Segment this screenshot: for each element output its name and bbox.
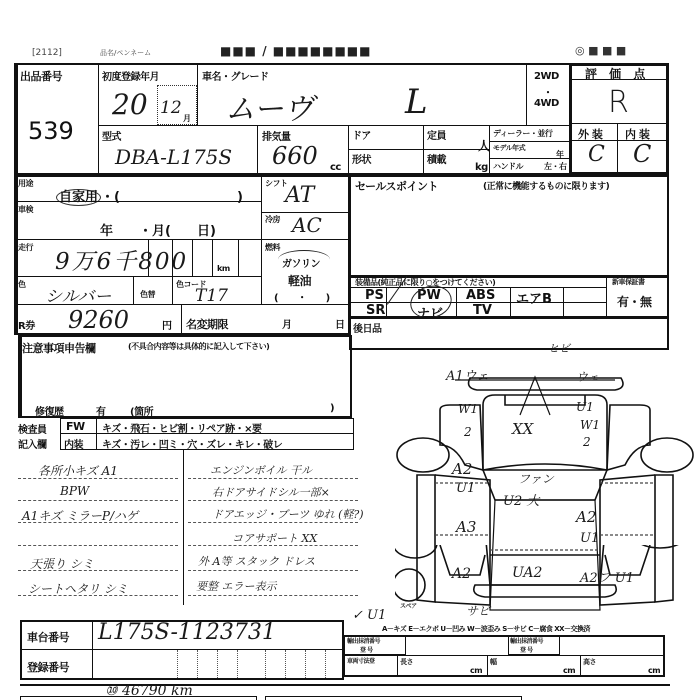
repair-label: 修復歴 <box>35 403 64 418</box>
door-label: ドア <box>352 127 371 142</box>
model-value: DBA-L175S <box>115 145 232 169</box>
comment-left-1: 各所小キズ A1 <box>38 462 118 479</box>
model-year-label: モデル年式 <box>493 143 525 153</box>
comment-left-5: 天張り シミ <box>30 555 94 572</box>
name-change-label: 名変期限 <box>186 316 228 332</box>
car-grade: L <box>405 82 428 122</box>
diagram-label: A2フ U1 <box>580 567 634 586</box>
car-name: ムーヴ <box>225 84 314 128</box>
equip-ps: PS <box>365 288 384 303</box>
name-change-month: 月 <box>282 316 292 331</box>
fuel-gasoline-circle <box>278 250 330 269</box>
width-unit: cm <box>563 666 575 675</box>
handwritten-check: ✓ U1 <box>352 608 386 623</box>
interior-grade: C <box>633 140 651 168</box>
lot-number: 539 <box>28 117 74 145</box>
drive-2wd: 2WD <box>534 71 559 82</box>
comment-left-2: BPW <box>60 484 89 498</box>
diagram-label: A2 <box>452 460 472 478</box>
load-unit: kg <box>475 162 488 173</box>
diagram-label: W1 <box>458 402 478 416</box>
diagram-label: 2 <box>583 435 591 449</box>
diagram-label: 2 <box>464 425 472 439</box>
footer-box-left <box>20 696 257 700</box>
comment-right-1: エンジンボイル 干ル <box>210 462 312 478</box>
width-label: 幅 <box>490 657 497 667</box>
color-label: 色 <box>18 279 26 290</box>
displacement-label: 排気量 <box>262 128 291 143</box>
mileage-unit: km <box>217 264 230 273</box>
equip-airbag: エアB <box>516 288 552 307</box>
recycle-unit: 円 <box>162 317 172 332</box>
handle-label: ハンドル <box>493 161 523 172</box>
comment-right-6: 要整 エラー表示 <box>196 578 277 594</box>
diagram-label: U1 <box>580 531 599 546</box>
later-items-label: 後日品 <box>353 320 382 335</box>
comment-right-3: ドアエッジ・ブーツ ゆれ (軽?) <box>212 506 364 522</box>
diagram-label: A2 <box>576 508 596 526</box>
equip-sr: SR <box>366 303 385 318</box>
length-label: 長さ <box>400 657 413 667</box>
diagram-label: A3 <box>456 518 476 536</box>
registration-year: 20 <box>112 88 148 121</box>
diagram-label: サビ <box>466 602 490 619</box>
recycle-value: 9260 <box>68 306 129 334</box>
carname-label: 車名・グレード <box>202 68 269 83</box>
sheet-code: [2112] <box>32 48 62 58</box>
car-rear-diagram <box>395 545 695 625</box>
footer-box-right <box>265 696 522 700</box>
diagram-label: ファン <box>518 470 554 487</box>
diagram-label: ヒビ <box>548 340 570 356</box>
export-plate-sub: 登 号 <box>360 645 373 654</box>
fuel-label: 燃料 <box>265 242 280 253</box>
repair-location: (箇所 <box>130 403 153 418</box>
diagram-label: ウェ <box>576 368 600 385</box>
dealer-label: ディーラー・並行 <box>493 128 552 139</box>
load-label: 積載 <box>427 151 446 166</box>
lot-label: 出品番号 <box>20 68 62 84</box>
diagram-label: UA2 <box>512 565 542 581</box>
repair-value: 有 <box>96 403 106 418</box>
height-unit: cm <box>648 666 660 675</box>
color-code: T17 <box>195 286 228 306</box>
comment-left-6: シートヘタリ シミ <box>28 580 128 597</box>
displacement-unit: cc <box>330 162 341 173</box>
chassis-value: L175S-1123731 <box>98 620 276 645</box>
diagram-label: A1ウェ <box>446 365 489 384</box>
repair-close: ) <box>330 403 334 414</box>
fw-label: FW <box>66 420 85 433</box>
height-label: 高さ <box>583 657 596 667</box>
model-label: 型式 <box>102 128 121 143</box>
month-unit: 月 <box>183 113 191 124</box>
recycle-label: R券 <box>18 317 35 332</box>
ac-value: AC <box>292 213 322 237</box>
spare-label: スペア <box>400 601 417 610</box>
diagram-label: U2 大 <box>503 490 539 509</box>
notes-note: (不具合内容等は具体的に記入して下さい) <box>128 341 269 352</box>
registration-month: 12 <box>160 98 182 118</box>
mileage-label: 走行 <box>18 242 33 253</box>
reg-label: 登録番号 <box>27 659 69 675</box>
diagram-label: U1 <box>576 400 594 414</box>
equip-tv: TV <box>473 303 492 318</box>
fuel-other: ( ・ ) <box>274 289 330 304</box>
diagram-label: W1 <box>580 418 600 432</box>
inspector-label-1: 検査員 <box>18 421 47 436</box>
sale-points-note: (正常に機能するものに限ります) <box>483 179 609 192</box>
handle-value: 左・右 <box>544 161 567 172</box>
export-plate-2-sub: 登 号 <box>520 645 533 654</box>
color-change-label: 色替 <box>140 289 155 300</box>
diagram-label: XX <box>512 420 533 438</box>
export-plate-label: 輸出抹消番号 <box>347 636 380 645</box>
inspection-label: 車検 <box>18 204 33 215</box>
comment-right-2: 右ドアサイドシル一部× <box>212 484 330 500</box>
shift-value: AT <box>285 183 314 208</box>
drive-4wd: 4WD <box>534 98 559 109</box>
later-items-box <box>349 317 669 350</box>
chassis-label: 車台番号 <box>27 629 69 645</box>
export-plate-2-label: 輸出抹消番号 <box>510 636 543 645</box>
interior-inspect-label: 内装 <box>64 436 83 451</box>
mileage-value: 9万6千800 <box>55 243 188 276</box>
capacity-label: 定員 <box>427 127 446 142</box>
displacement-value: 660 <box>272 142 318 170</box>
notes-label: 注意事項申告欄 <box>22 340 96 356</box>
header-small-print: 品名/ペンネーム <box>100 48 151 58</box>
comments-divider <box>183 450 184 605</box>
dims-label: 車両寸法登 <box>347 656 375 665</box>
header-right: ◎ ■ ■ ■ <box>575 44 626 57</box>
usage-label: 用途 <box>18 178 33 189</box>
fuel-diesel: 軽油 <box>288 272 311 289</box>
damage-legend: A－キズ E－エクボ U－凹み W－波歪み S－サビ C－腐食 XX－交換済 <box>382 624 590 634</box>
comment-right-4: コアサポート XX <box>232 530 317 546</box>
interior-inspect-items: キズ・汚レ・凹ミ・穴・ズレ・キレ・破レ <box>102 436 282 451</box>
comment-left-3: A1キズ ミラーP/ハゲ <box>22 507 138 524</box>
inspector-label-2: 記入欄 <box>18 436 47 451</box>
score-value: R <box>608 85 629 120</box>
header-title: ■■■ / ■■■■■■■■ <box>220 44 371 58</box>
drive-sep: ・ <box>543 84 553 99</box>
sale-points-label: セールスポイント <box>355 178 438 194</box>
ac-label: 冷房 <box>265 214 280 225</box>
inspection-value: 年 ・月( 日) <box>100 220 216 239</box>
record-label: 新車保証書 <box>612 277 645 287</box>
shape-label: 形状 <box>352 151 371 166</box>
registration-label: 初度登録年月 <box>102 68 159 83</box>
length-unit: cm <box>470 666 482 675</box>
exterior-grade: C <box>588 142 605 167</box>
name-change-day: 日 <box>335 316 345 331</box>
diagram-label: U1 <box>456 481 475 496</box>
diagram-label: A2 <box>452 566 471 582</box>
comment-right-5: 外 A等 スタック ドレス <box>198 553 315 569</box>
record-value: 有・無 <box>617 293 652 310</box>
equip-abs: ABS <box>466 288 495 303</box>
